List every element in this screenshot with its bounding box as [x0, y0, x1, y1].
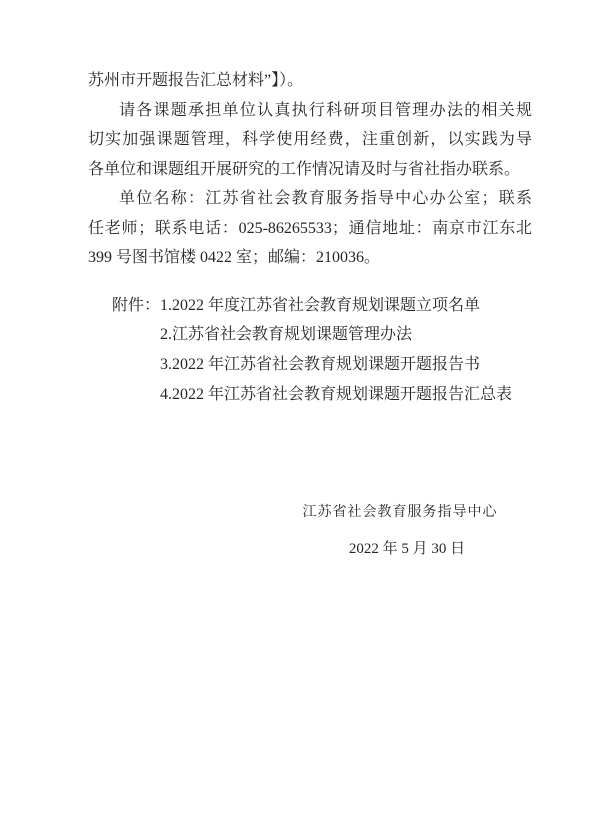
signature-block: 江苏省社会教育服务指导中心 2022 年 5 月 30 日: [88, 503, 532, 559]
body-line: 切实加强课题管理，科学使用经费，注重创新，以实践为导向。: [88, 125, 532, 155]
body-line: 各单位和课题组开展研究的工作情况请及时与省社指办联系。: [88, 155, 532, 185]
attachment-item: 4.2022 年江苏省社会教育规划课题开题报告汇总表: [160, 380, 532, 410]
body-line: 请各课题承担单位认真执行科研项目管理办法的相关规定，: [88, 96, 532, 126]
document-page: 苏州市开题报告汇总材料”】）。 请各课题承担单位认真执行科研项目管理办法的相关规…: [0, 0, 594, 840]
body-line: 单位名称：江苏省社会教育服务指导中心办公室；联系人：: [88, 184, 532, 214]
attachment-item: 2.江苏省社会教育规划课题管理办法: [160, 320, 532, 350]
body-line: 任老师；联系电话：025-86265533；通信地址：南京市江东北路: [88, 214, 532, 244]
document-body: 苏州市开题报告汇总材料”】）。 请各课题承担单位认真执行科研项目管理办法的相关规…: [88, 66, 532, 273]
signature-organization: 江苏省社会教育服务指导中心: [270, 503, 530, 523]
body-line: 苏州市开题报告汇总材料”】）。: [88, 66, 532, 96]
attachments-list: 1.2022 年度江苏省社会教育规划课题立项名单 2.江苏省社会教育规划课题管理…: [160, 291, 532, 410]
attachments-section: 附件： 1.2022 年度江苏省社会教育规划课题立项名单 2.江苏省社会教育规划…: [88, 291, 532, 410]
attachment-item: 3.2022 年江苏省社会教育规划课题开题报告书: [160, 350, 532, 380]
attachments-label: 附件：: [112, 291, 160, 410]
body-line: 399 号图书馆楼 0422 室；邮编：210036。: [88, 243, 532, 273]
signature-inner: 江苏省社会教育服务指导中心 2022 年 5 月 30 日: [270, 503, 530, 559]
attachment-item: 1.2022 年度江苏省社会教育规划课题立项名单: [160, 291, 532, 321]
signature-date: 2022 年 5 月 30 日: [270, 539, 530, 559]
